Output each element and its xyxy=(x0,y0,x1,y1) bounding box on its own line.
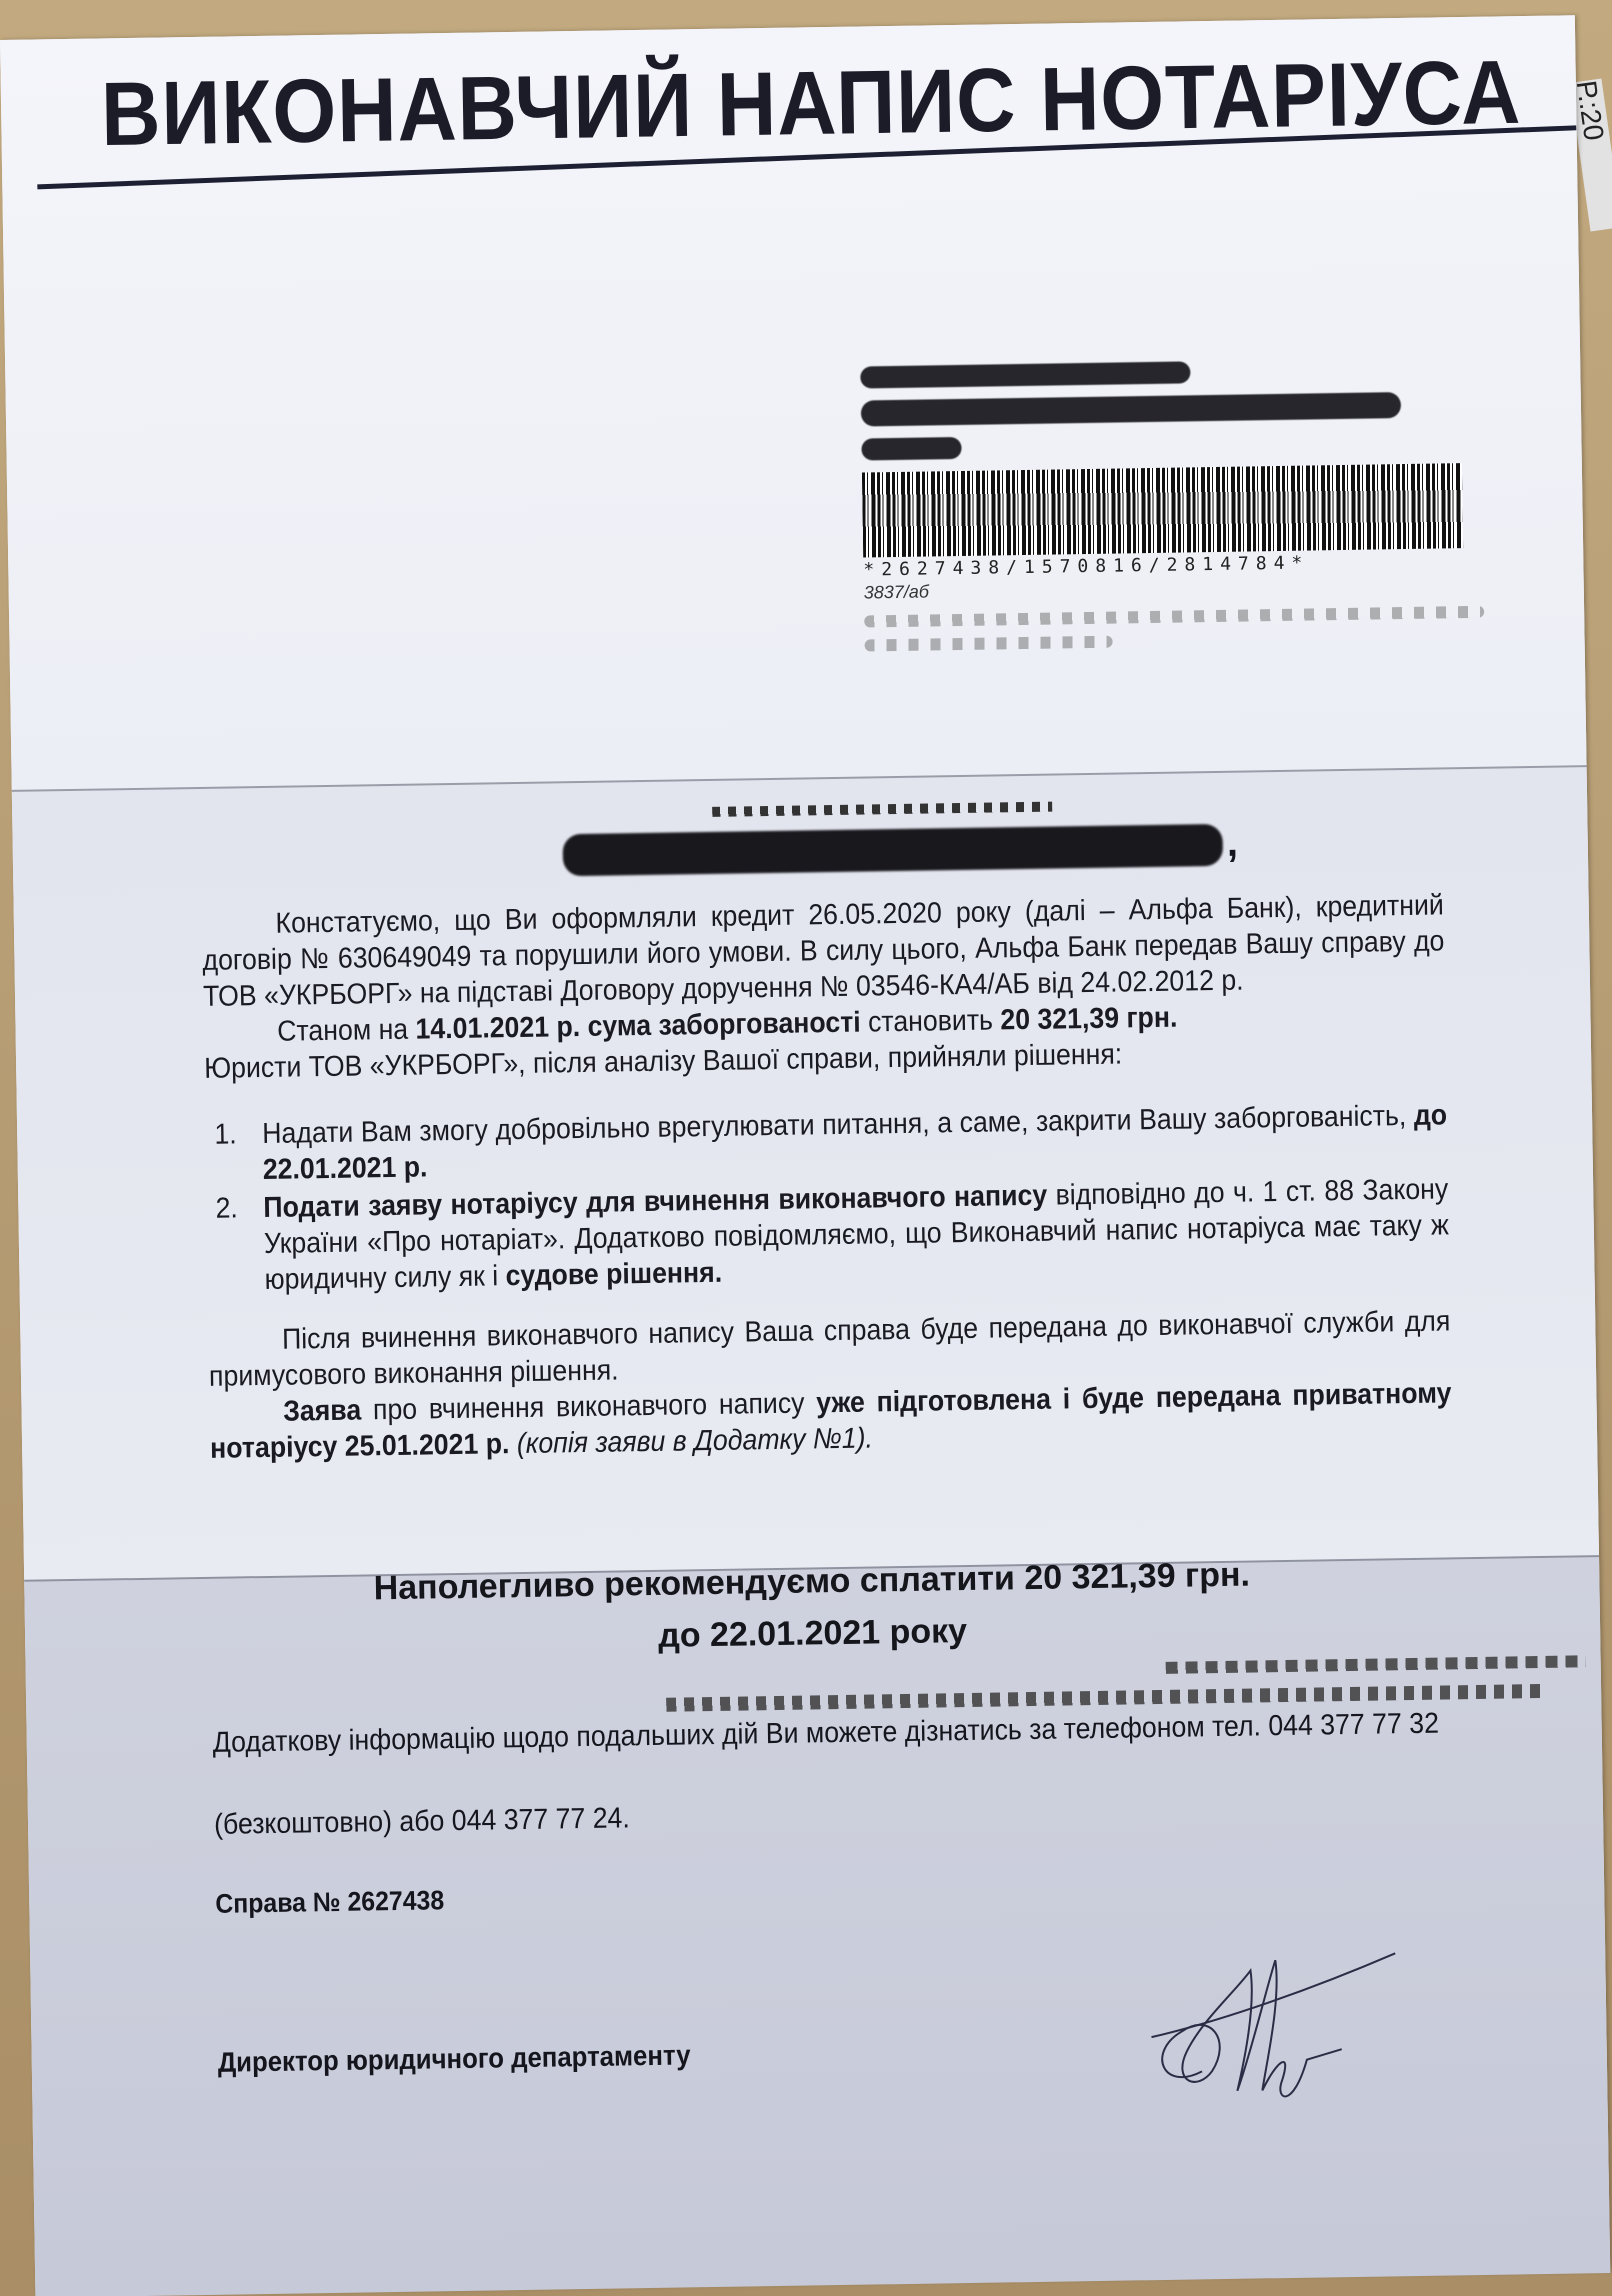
redacted-line xyxy=(861,392,1401,426)
letter-body: Констатуємо, що Ви оформляли кредит 26.0… xyxy=(202,887,1453,1466)
contact-info-2: (безкоштовно) або 044 377 77 24. xyxy=(214,1802,630,1842)
text: про вчинення виконавчого напису xyxy=(361,1387,817,1426)
redacted-smudge xyxy=(864,606,1484,628)
addressee-comma: , xyxy=(1226,821,1238,865)
text: становить xyxy=(860,1004,1000,1038)
debt-amount: 20 321,39 грн. xyxy=(1000,1002,1178,1037)
text: Станом на xyxy=(277,1014,416,1048)
decision-item: 2.Подати заяву нотаріусу для вчинення ви… xyxy=(206,1171,1450,1298)
decision-list: 1.Надати Вам змогу добровільно врегулюва… xyxy=(205,1097,1450,1298)
text-bold: судове рішення. xyxy=(505,1257,722,1292)
redacted-line xyxy=(860,361,1190,388)
case-number: Справа № 2627438 xyxy=(215,1885,444,1920)
signature xyxy=(1140,1948,1403,2122)
debt-date-label: 14.01.2021 р. сума заборгованості xyxy=(415,1007,861,1046)
paragraph-credit: Констатуємо, що Ви оформляли кредит 26.0… xyxy=(202,887,1446,1014)
text-bold: Заява xyxy=(283,1394,362,1427)
barcode xyxy=(862,463,1463,557)
address-block: *2627438/1570816/2814784* 3837/аб xyxy=(860,357,1484,652)
text: Надати Вам змогу добровільно врегулювати… xyxy=(262,1100,1414,1150)
notice-paper: ВИКОНАВЧИЙ НАПИС НОТАРІУСА *2627438/1570… xyxy=(0,15,1610,2295)
list-number: 2. xyxy=(215,1190,238,1226)
list-number: 1. xyxy=(214,1116,237,1152)
text-italic: (копія заяви в Додатку №1). xyxy=(509,1422,873,1460)
redacted-line xyxy=(861,437,961,461)
